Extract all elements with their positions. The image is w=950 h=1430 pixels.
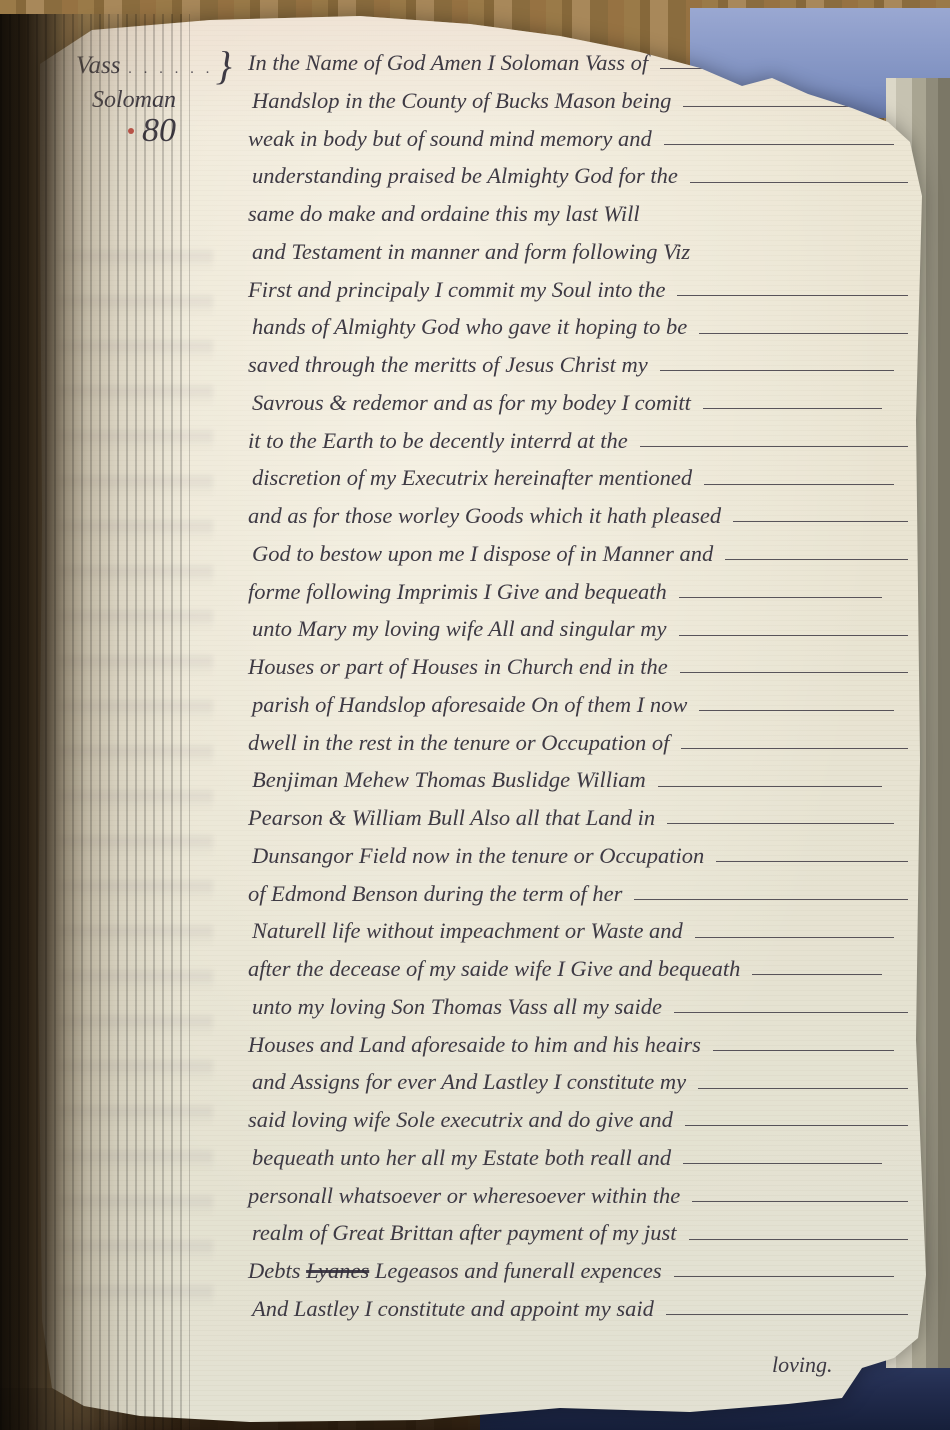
manuscript-line: Houses or part of Houses in Church end i… [248, 648, 910, 686]
line-filler-dash [699, 333, 908, 334]
margin-forename: Soloman [92, 87, 176, 113]
line-filler-dash [679, 597, 882, 598]
manuscript-line: saved through the meritts of Jesus Chris… [248, 346, 910, 384]
manuscript-line-text: realm of Great Brittan after payment of … [252, 1214, 677, 1252]
line-filler-dash [660, 68, 908, 69]
line-filler-dash [667, 823, 894, 824]
manuscript-line: unto my loving Son Thomas Vass all my sa… [248, 988, 910, 1026]
manuscript-line: understanding praised be Almighty God fo… [248, 157, 910, 195]
manuscript-page: Vass . . . . . . } Soloman 80 In the Nam… [0, 0, 950, 1430]
manuscript-line: weak in body but of sound mind memory an… [248, 120, 910, 158]
line-filler-dash [679, 635, 908, 636]
line-filler-dash [683, 106, 908, 107]
manuscript-line-text: Handslop in the County of Bucks Mason be… [252, 82, 671, 120]
manuscript-line: In the Name of God Amen I Soloman Vass o… [248, 44, 910, 82]
manuscript-line-text: Pearson & William Bull Also all that Lan… [248, 799, 655, 837]
red-dot [128, 128, 134, 134]
manuscript-line: same do make and ordaine this my last Wi… [248, 195, 910, 233]
manuscript-line-text: Dunsangor Field now in the tenure or Occ… [252, 837, 704, 875]
manuscript-line: Debts Lyanes Legeasos and funerall expen… [248, 1252, 910, 1290]
margin-bracket: } [216, 42, 232, 89]
manuscript-line: dwell in the rest in the tenure or Occup… [248, 724, 910, 762]
manuscript-line-text: said loving wife Sole executrix and do g… [248, 1101, 673, 1139]
manuscript-line: and Assigns for ever And Lastley I const… [248, 1063, 910, 1101]
manuscript-line-text: In the Name of God Amen I Soloman Vass o… [248, 44, 648, 82]
manuscript-line-text: and as for those worley Goods which it h… [248, 497, 721, 535]
manuscript-line-text: weak in body but of sound mind memory an… [248, 120, 652, 158]
manuscript-line: Houses and Land aforesaide to him and hi… [248, 1026, 910, 1064]
manuscript-line: And Lastley I constitute and appoint my … [248, 1290, 910, 1328]
margin-row-surname: Vass . . . . . . } [76, 36, 266, 83]
will-text: In the Name of God Amen I Soloman Vass o… [248, 44, 910, 1328]
manuscript-line-text: forme following Imprimis I Give and bequ… [248, 573, 667, 611]
line-filler-dash [698, 1088, 908, 1089]
margin-page-number: 80 [142, 112, 176, 150]
line-filler-dash [685, 1125, 908, 1126]
manuscript-line-text: hands of Almighty God who gave it hoping… [252, 308, 687, 346]
manuscript-line: Dunsangor Field now in the tenure or Occ… [248, 837, 910, 875]
margin-row-forename: Soloman [92, 87, 266, 114]
manuscript-line-text: understanding praised be Almighty God fo… [252, 157, 678, 195]
manuscript-line-text: and Assigns for ever And Lastley I const… [252, 1063, 686, 1101]
manuscript-line: Naturell life without impeachment or Was… [248, 912, 910, 950]
manuscript-line: forme following Imprimis I Give and bequ… [248, 573, 910, 611]
manuscript-line-text: Houses or part of Houses in Church end i… [248, 648, 668, 686]
manuscript-line: Pearson & William Bull Also all that Lan… [248, 799, 910, 837]
manuscript-line-text: and Testament in manner and form followi… [252, 233, 690, 271]
manuscript-line-text: Savrous & redemor and as for my bodey I … [252, 384, 691, 422]
line-filler-dash [681, 748, 908, 749]
manuscript-line: realm of Great Brittan after payment of … [248, 1214, 910, 1252]
manuscript-line: Benjiman Mehew Thomas Buslidge William [248, 761, 910, 799]
line-filler-dash [716, 861, 908, 862]
manuscript-line-text: of Edmond Benson during the term of her [248, 875, 622, 913]
leader-dots: . . . . . . [128, 61, 213, 78]
line-filler-dash [692, 1201, 908, 1202]
line-filler-dash [664, 144, 894, 145]
line-filler-dash [634, 899, 908, 900]
line-filler-dash [660, 370, 894, 371]
manuscript-line-text: it to the Earth to be decently interrd a… [248, 422, 628, 460]
line-filler-dash [699, 710, 894, 711]
bleed-through-texture [58, 250, 213, 1310]
manuscript-line-text: Benjiman Mehew Thomas Buslidge William [252, 761, 646, 799]
manuscript-line-text: unto my loving Son Thomas Vass all my sa… [252, 988, 662, 1026]
manuscript-page-wrap: Vass . . . . . . } Soloman 80 In the Nam… [0, 0, 950, 1430]
line-filler-dash [674, 1012, 908, 1013]
manuscript-line-text: parish of Handslop aforesaide On of them… [252, 686, 687, 724]
line-filler-dash [725, 559, 908, 560]
manuscript-line-text: same do make and ordaine this my last Wi… [248, 195, 640, 233]
manuscript-line-text: And Lastley I constitute and appoint my … [252, 1290, 654, 1328]
line-filler-dash [674, 1276, 894, 1277]
manuscript-line: First and principaly I commit my Soul in… [248, 271, 910, 309]
manuscript-line-text: saved through the meritts of Jesus Chris… [248, 346, 648, 384]
manuscript-line-text: Houses and Land aforesaide to him and hi… [248, 1026, 701, 1064]
manuscript-line: of Edmond Benson during the term of her [248, 875, 910, 913]
manuscript-line: and Testament in manner and form followi… [248, 233, 910, 271]
line-filler-dash [752, 974, 882, 975]
margin-annotation: Vass . . . . . . } Soloman 80 [76, 36, 266, 150]
manuscript-line-text: First and principaly I commit my Soul in… [248, 271, 665, 309]
catchword: loving. [772, 1352, 833, 1378]
manuscript-line: God to bestow upon me I dispose of in Ma… [248, 535, 910, 573]
manuscript-line: hands of Almighty God who gave it hoping… [248, 308, 910, 346]
line-filler-dash [689, 1239, 908, 1240]
line-filler-dash [640, 446, 908, 447]
manuscript-line: after the decease of my saide wife I Giv… [248, 950, 910, 988]
manuscript-line-text: after the decease of my saide wife I Giv… [248, 950, 740, 988]
line-filler-dash [690, 182, 908, 183]
manuscript-line-text: Debts Lyanes Legeasos and funerall expen… [248, 1252, 662, 1290]
line-filler-dash [713, 1050, 894, 1051]
line-filler-dash [733, 521, 908, 522]
line-filler-dash [658, 786, 882, 787]
line-filler-dash [704, 484, 894, 485]
margin-row-number: 80 [128, 112, 266, 150]
manuscript-line: parish of Handslop aforesaide On of them… [248, 686, 910, 724]
manuscript-line-text: unto Mary my loving wife All and singula… [252, 610, 667, 648]
manuscript-line-text: dwell in the rest in the tenure or Occup… [248, 724, 669, 762]
manuscript-line: personall whatsoever or wheresoever with… [248, 1177, 910, 1215]
manuscript-line: unto Mary my loving wife All and singula… [248, 610, 910, 648]
line-filler-dash [666, 1314, 908, 1315]
manuscript-line-text: discretion of my Executrix hereinafter m… [252, 459, 692, 497]
manuscript-line-text: personall whatsoever or wheresoever with… [248, 1177, 680, 1215]
manuscript-line: Savrous & redemor and as for my bodey I … [248, 384, 910, 422]
line-filler-dash [703, 408, 882, 409]
manuscript-line-text: bequeath unto her all my Estate both rea… [252, 1139, 671, 1177]
line-filler-dash [695, 937, 894, 938]
line-filler-dash [677, 295, 908, 296]
manuscript-line-text: Naturell life without impeachment or Was… [252, 912, 683, 950]
manuscript-line: it to the Earth to be decently interrd a… [248, 422, 910, 460]
manuscript-line: said loving wife Sole executrix and do g… [248, 1101, 910, 1139]
manuscript-photo: Vass . . . . . . } Soloman 80 In the Nam… [0, 0, 950, 1430]
manuscript-line: and as for those worley Goods which it h… [248, 497, 910, 535]
margin-surname: Vass [76, 52, 120, 80]
line-filler-dash [680, 672, 908, 673]
manuscript-line: bequeath unto her all my Estate both rea… [248, 1139, 910, 1177]
manuscript-line-text: God to bestow upon me I dispose of in Ma… [252, 535, 713, 573]
struck-word: Lyanes [306, 1258, 369, 1283]
manuscript-line: Handslop in the County of Bucks Mason be… [248, 82, 910, 120]
manuscript-line: discretion of my Executrix hereinafter m… [248, 459, 910, 497]
line-filler-dash [683, 1163, 882, 1164]
